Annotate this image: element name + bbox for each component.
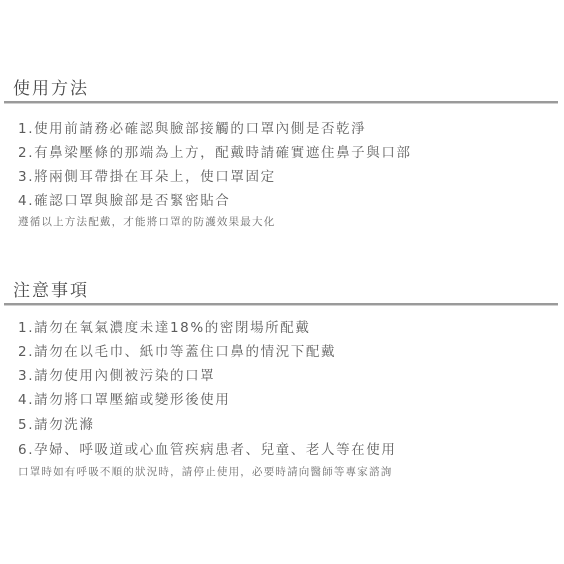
precautions-item-1: 1.請勿在氧氣濃度未達18%的密閉場所配戴 [18,316,311,336]
precautions-title: 注意事項 [13,276,89,301]
precautions-item-2: 2.請勿在以毛巾、紙巾等蓋住口鼻的情況下配戴 [18,340,336,360]
precautions-divider [4,303,558,306]
usage-note: 遵循以上方法配戴，才能將口罩的防護效果最大化 [18,214,275,229]
precautions-note: 口罩時如有呼吸不順的狀況時，請停止使用，必要時請向醫師等專家諮詢 [18,464,392,479]
usage-item-1: 1.使用前請務必確認與臉部接觸的口罩內側是否乾淨 [18,117,366,137]
usage-title: 使用方法 [13,74,89,99]
precautions-item-6: 6.孕婦、呼吸道或心血管疾病患者、兒童、老人等在使用 [18,438,396,458]
precautions-item-3: 3.請勿使用內側被污染的口罩 [18,364,215,384]
usage-item-4: 4.確認口罩與臉部是否緊密貼合 [18,189,230,209]
usage-divider [4,101,558,104]
usage-item-2: 2.有鼻梁壓條的那端為上方，配戴時請確實遮住鼻子與口部 [18,141,412,161]
usage-item-3: 3.將兩側耳帶掛在耳朵上，使口罩固定 [18,165,276,185]
precautions-item-5: 5.請勿洗滌 [18,413,94,433]
precautions-item-4: 4.請勿將口罩壓縮或變形後使用 [18,388,230,408]
